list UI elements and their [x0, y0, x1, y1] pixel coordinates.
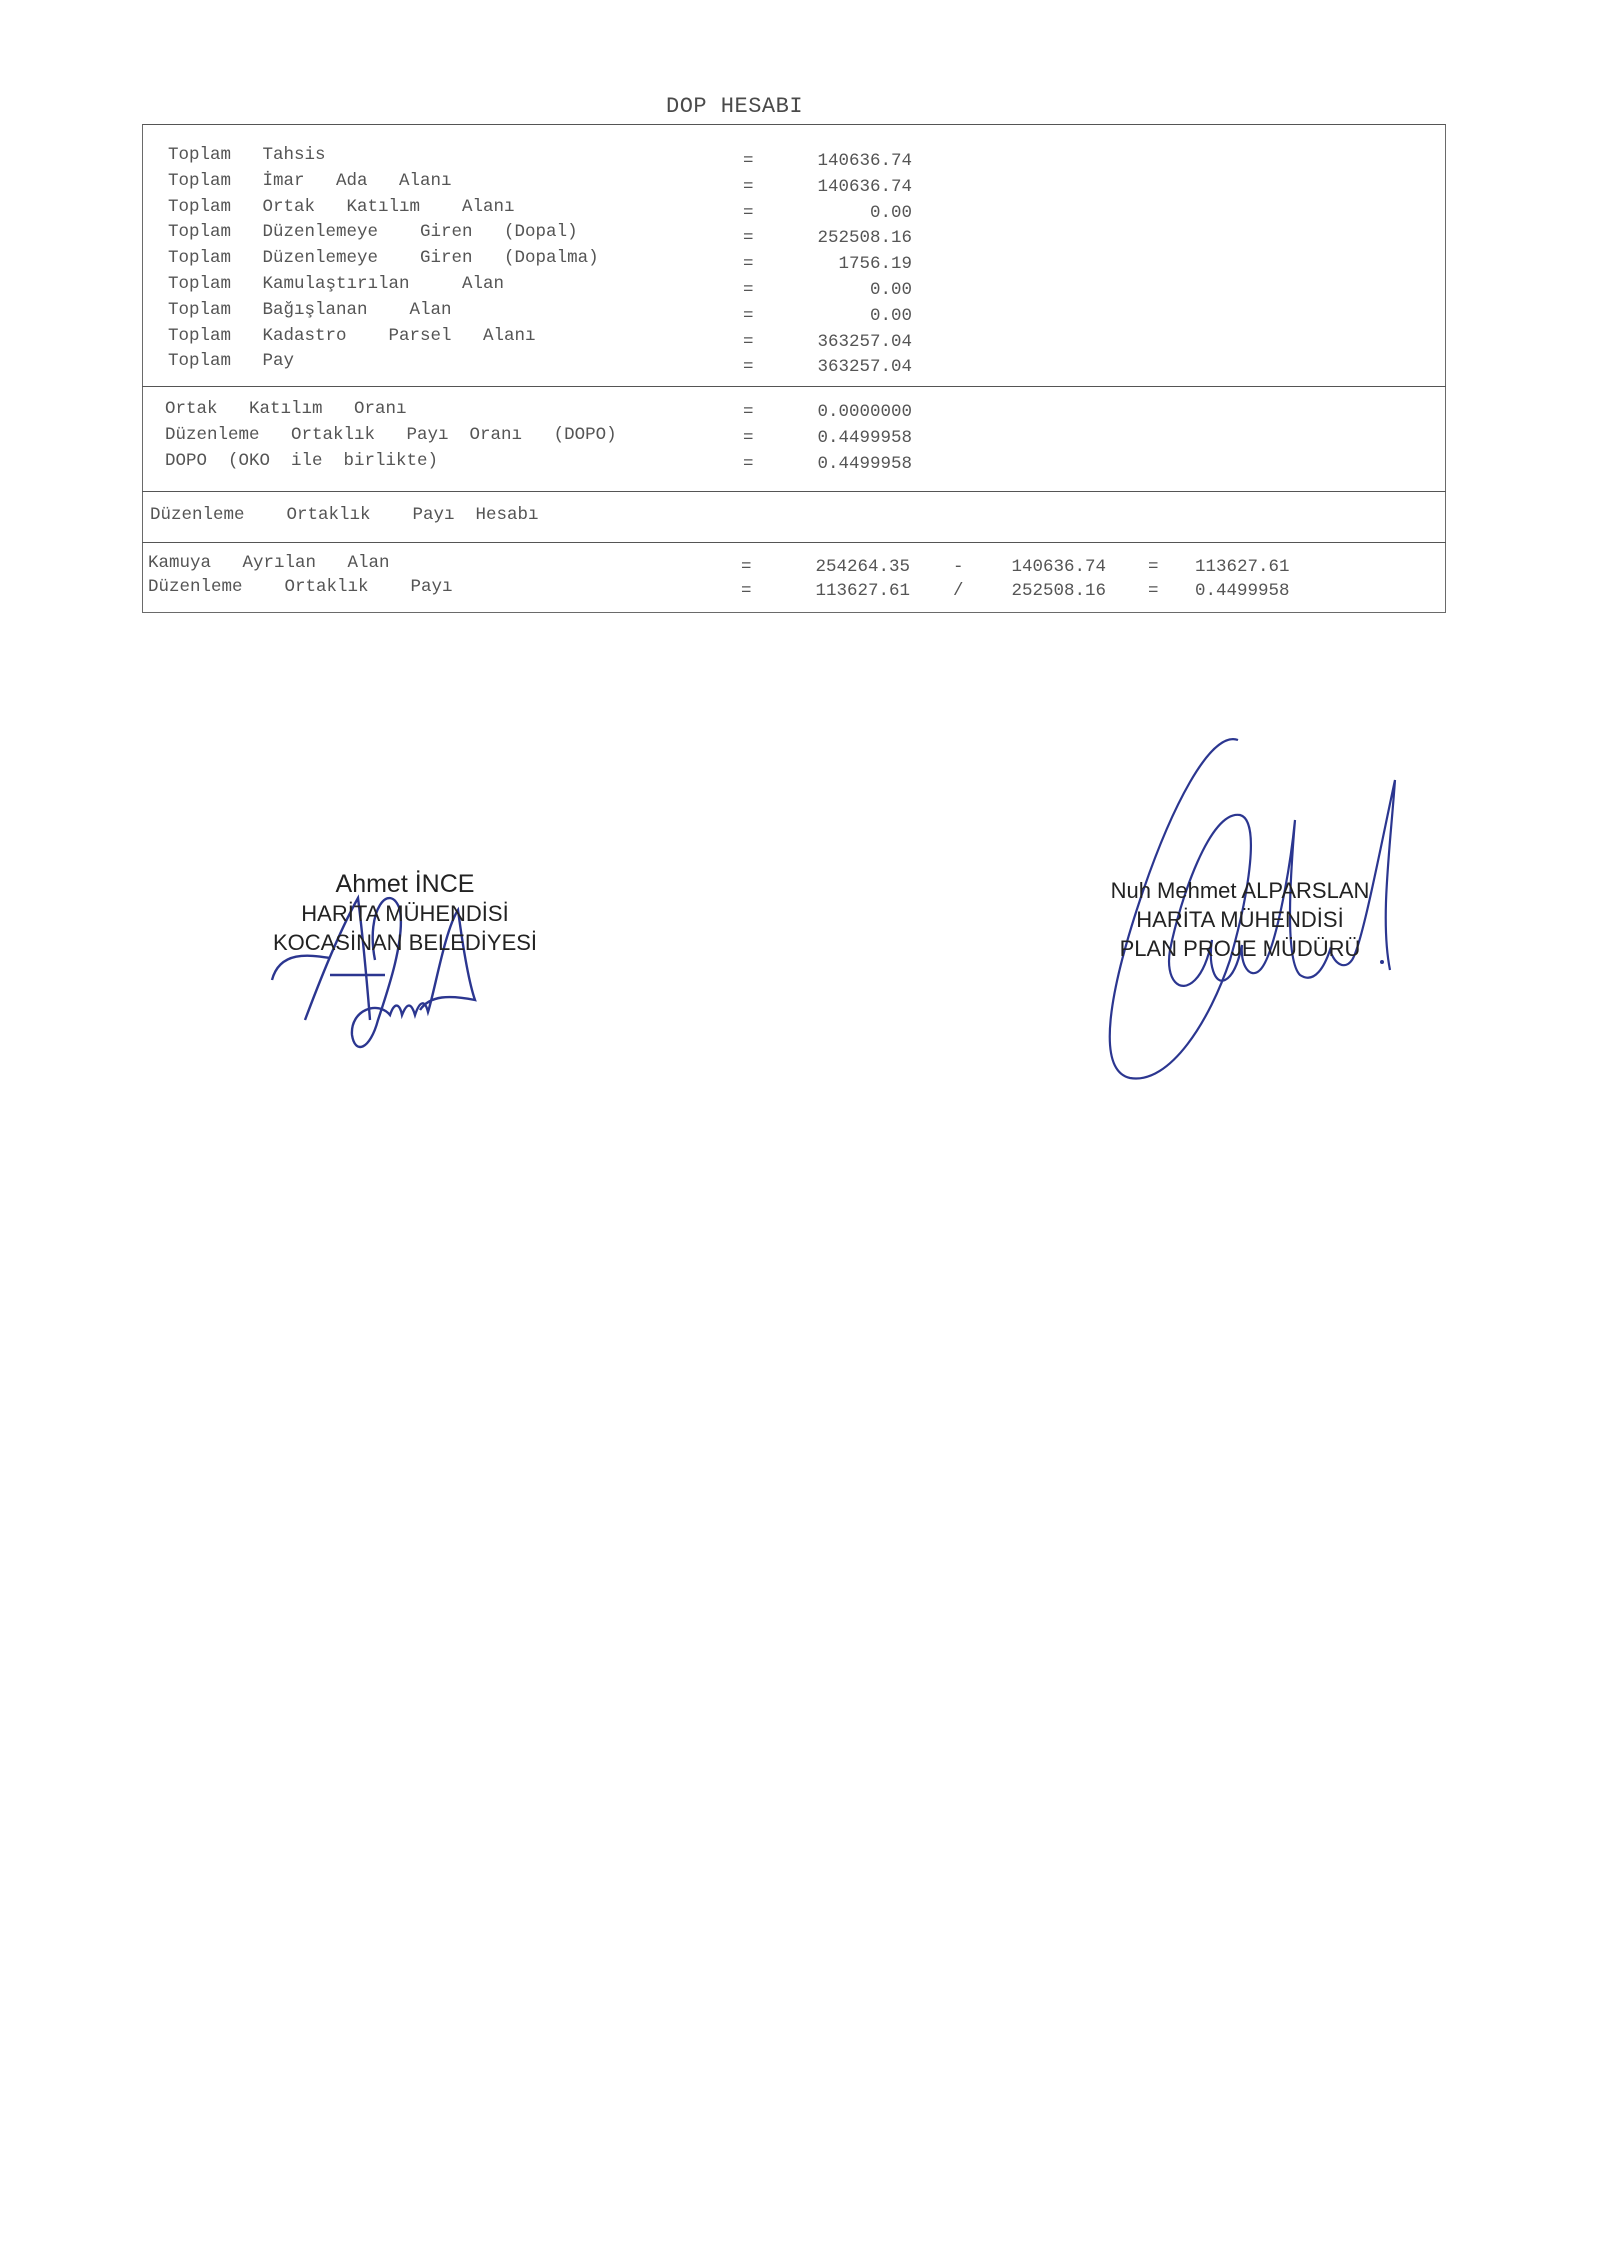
- signatory-name: Ahmet İNCE: [270, 870, 540, 899]
- section-divider: [142, 542, 1446, 543]
- signatory-title: HARİTA MÜHENDİSİ: [270, 899, 540, 928]
- row-label: DOPO (OKO ile birlikte): [165, 451, 438, 471]
- equals-sign: =: [743, 402, 754, 422]
- row-value: 1756.19: [760, 254, 912, 274]
- equals-sign: =: [743, 151, 754, 171]
- row-label: Toplam Kadastro Parsel Alanı: [168, 326, 536, 346]
- signatory-org: KOCASİNAN BELEDİYESİ: [270, 928, 540, 957]
- equals-sign: =: [743, 428, 754, 448]
- row-label: Toplam Düzenlemeye Giren (Dopalma): [168, 248, 599, 268]
- equals-sign: =: [1148, 581, 1159, 601]
- equals-sign: =: [743, 306, 754, 326]
- row-value: 140636.74: [760, 151, 912, 171]
- row-label: Düzenleme Ortaklık Payı Oranı (DOPO): [165, 425, 617, 445]
- row-value: 0.00: [760, 280, 912, 300]
- row-value: 0.0000000: [760, 402, 912, 422]
- row-value: 363257.04: [760, 357, 912, 377]
- section-divider: [142, 491, 1446, 492]
- row-value: 0.00: [760, 306, 912, 326]
- equals-sign: =: [743, 280, 754, 300]
- row-label: Toplam Düzenlemeye Giren (Dopal): [168, 222, 578, 242]
- signature-block-1: Ahmet İNCE HARİTA MÜHENDİSİ KOCASİNAN BE…: [270, 870, 540, 957]
- equals-sign: =: [741, 581, 752, 601]
- equals-sign: =: [741, 557, 752, 577]
- equals-sign: =: [743, 454, 754, 474]
- row-value: 252508.16: [760, 228, 912, 248]
- document-title: DOP HESABI: [666, 94, 803, 119]
- row-label: Toplam Pay: [168, 351, 294, 371]
- row-label: Toplam Bağışlanan Alan: [168, 300, 452, 320]
- operand-b: 252508.16: [960, 581, 1106, 601]
- row-label: Ortak Katılım Oranı: [165, 399, 407, 419]
- row-label: Toplam İmar Ada Alanı: [168, 171, 452, 191]
- equals-sign: =: [743, 228, 754, 248]
- operand-a: 113627.61: [760, 581, 910, 601]
- row-value: 0.4499958: [760, 428, 912, 448]
- result-value: 0.4499958: [1195, 581, 1290, 601]
- row-label: Toplam Kamulaştırılan Alan: [168, 274, 504, 294]
- row-value: 140636.74: [760, 177, 912, 197]
- operand-a: 254264.35: [760, 557, 910, 577]
- operand-b: 140636.74: [960, 557, 1106, 577]
- row-label: Toplam Ortak Katılım Alanı: [168, 197, 515, 217]
- equals-sign: =: [743, 203, 754, 223]
- equals-sign: =: [743, 177, 754, 197]
- signature-block-2: Nuh Mehmet ALPARSLAN HARİTA MÜHENDİSİ PL…: [1095, 876, 1385, 963]
- equals-sign: =: [743, 254, 754, 274]
- equals-sign: =: [1148, 557, 1159, 577]
- row-value: 0.4499958: [760, 454, 912, 474]
- equals-sign: =: [743, 357, 754, 377]
- row-label: Kamuya Ayrılan Alan: [148, 553, 390, 573]
- signatory-title: HARİTA MÜHENDİSİ: [1095, 905, 1385, 934]
- signatory-name: Nuh Mehmet ALPARSLAN: [1095, 876, 1385, 905]
- equals-sign: =: [743, 332, 754, 352]
- row-label: Toplam Tahsis: [168, 145, 326, 165]
- result-value: 113627.61: [1195, 557, 1290, 577]
- row-label: Düzenleme Ortaklık Payı: [148, 577, 453, 597]
- section-divider: [142, 386, 1446, 387]
- row-value: 363257.04: [760, 332, 912, 352]
- row-value: 0.00: [760, 203, 912, 223]
- section-heading: Düzenleme Ortaklık Payı Hesabı: [150, 505, 539, 525]
- signatory-org: PLAN PROJE MÜDÜRÜ: [1095, 934, 1385, 963]
